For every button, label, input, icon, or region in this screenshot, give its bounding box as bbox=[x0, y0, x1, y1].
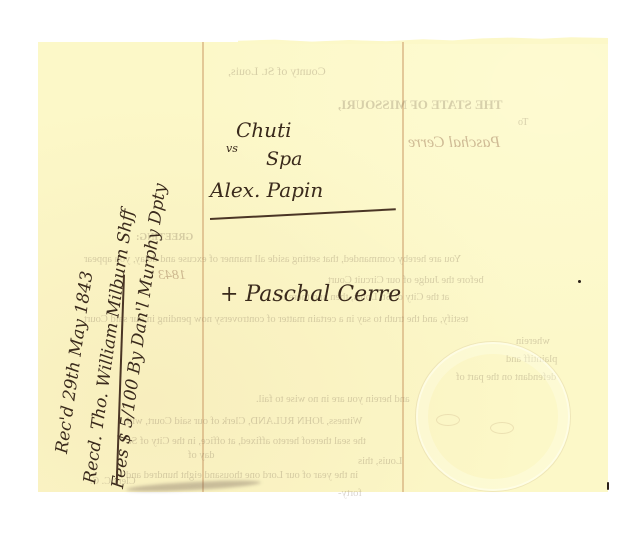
show-through-to-label: To bbox=[518, 117, 528, 128]
ink-mark bbox=[607, 482, 609, 490]
case-caption-vs: vs bbox=[226, 142, 238, 155]
show-through-witness-line: day of bbox=[188, 450, 215, 461]
show-through-recipient: Paschal Cerre bbox=[408, 134, 500, 152]
show-through-witness-line: in the year of our Lord one thousand eig… bbox=[126, 470, 358, 481]
caption-underline bbox=[210, 208, 396, 219]
show-through-date-fill: 1843 bbox=[158, 268, 186, 284]
show-through-state-heading: THE STATE OF MISSOURI, bbox=[338, 97, 502, 113]
ink-dot bbox=[578, 280, 581, 283]
show-through-witness-line: Witness, JOHN RULAND, Clerk of our said … bbox=[124, 416, 362, 427]
show-through-line: wherein bbox=[516, 336, 550, 347]
show-through-county-heading: County of St. Louis, bbox=[228, 64, 326, 79]
case-caption-spa: Spa bbox=[266, 148, 303, 170]
case-caption-plaintiff: Chuti bbox=[236, 118, 292, 142]
show-through-line: and herein you are in no wise to fail. bbox=[256, 394, 410, 405]
seal-ornament bbox=[436, 414, 460, 426]
show-through-witness-line: the seal thereof hereto affixed, at offi… bbox=[126, 436, 366, 447]
seal-ornament bbox=[490, 422, 514, 434]
embossed-seal bbox=[416, 342, 570, 491]
show-through-witness-line: Louis, this bbox=[358, 456, 402, 467]
torn-edge bbox=[238, 36, 608, 44]
show-through-witness-line: forty- bbox=[338, 488, 362, 499]
witness-name: + Paschal Cerre bbox=[220, 282, 401, 307]
document-page: County of St. Louis, THE STATE OF MISSOU… bbox=[38, 42, 608, 492]
case-caption-defendant: Alex. Papin bbox=[210, 178, 323, 202]
